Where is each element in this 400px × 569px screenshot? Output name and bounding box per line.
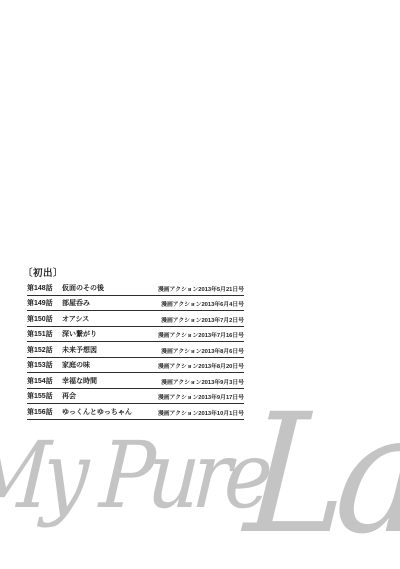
chapter-number: 第156話 xyxy=(27,407,62,417)
publication-source: 漫画アクション2013年9月17日号 xyxy=(158,392,244,401)
table-row: 第154話 幸福な時間 漫画アクション2013年9月3日号 xyxy=(27,373,244,389)
chapter-number: 第150話 xyxy=(27,314,62,324)
table-row: 第148話 仮面のその後 漫画アクション2013年5月21日号 xyxy=(27,280,244,296)
publication-source: 漫画アクション2013年6月4日号 xyxy=(161,299,244,308)
publication-source: 漫画アクション2013年7月16日号 xyxy=(158,330,244,339)
table-row: 第155話 再会 漫画アクション2013年9月17日号 xyxy=(27,389,244,405)
chapter-title: 未来予想図 xyxy=(62,345,161,355)
chapter-number: 第148話 xyxy=(27,283,62,293)
chapter-title: 幸福な時間 xyxy=(62,376,161,386)
publication-source: 漫画アクション2013年10月1日号 xyxy=(158,408,244,417)
book-page: My Pure Lady 〔初出〕 第148話 仮面のその後 漫画アクション20… xyxy=(0,0,400,569)
section-title: 〔初出〕 xyxy=(23,265,63,279)
chapter-number: 第155話 xyxy=(27,391,62,401)
publication-source: 漫画アクション2013年5月21日号 xyxy=(158,284,244,293)
chapter-title: ゆっくんとゆっちゃん xyxy=(62,407,158,417)
publication-source: 漫画アクション2013年8月6日号 xyxy=(161,346,244,355)
table-row: 第150話 オアシス 漫画アクション2013年7月2日号 xyxy=(27,311,244,327)
chapter-number: 第151話 xyxy=(27,329,62,339)
chapter-number: 第153話 xyxy=(27,360,62,370)
chapter-number: 第152話 xyxy=(27,345,62,355)
first-publication-section: 〔初出〕 第148話 仮面のその後 漫画アクション2013年5月21日号 第14… xyxy=(0,0,400,569)
chapter-title: 深い繋がり xyxy=(62,329,158,339)
publication-source: 漫画アクション2013年8月20日号 xyxy=(158,361,244,370)
publication-source: 漫画アクション2013年9月3日号 xyxy=(161,377,244,386)
chapter-number: 第154話 xyxy=(27,376,62,386)
table-row: 第152話 未来予想図 漫画アクション2013年8月6日号 xyxy=(27,342,244,358)
chapter-title: 部屋呑み xyxy=(62,298,161,308)
table-row: 第149話 部屋呑み 漫画アクション2013年6月4日号 xyxy=(27,296,244,312)
chapter-title: 再会 xyxy=(62,391,158,401)
table-row: 第151話 深い繋がり 漫画アクション2013年7月16日号 xyxy=(27,327,244,343)
table-row: 第153話 家庭の味 漫画アクション2013年8月20日号 xyxy=(27,358,244,374)
table-row: 第156話 ゆっくんとゆっちゃん 漫画アクション2013年10月1日号 xyxy=(27,404,244,420)
chapter-title: 仮面のその後 xyxy=(62,283,158,293)
publication-source: 漫画アクション2013年7月2日号 xyxy=(161,315,244,324)
publication-list: 第148話 仮面のその後 漫画アクション2013年5月21日号 第149話 部屋… xyxy=(27,280,244,420)
chapter-number: 第149話 xyxy=(27,298,62,308)
chapter-title: オアシス xyxy=(62,314,161,324)
chapter-title: 家庭の味 xyxy=(62,360,158,370)
